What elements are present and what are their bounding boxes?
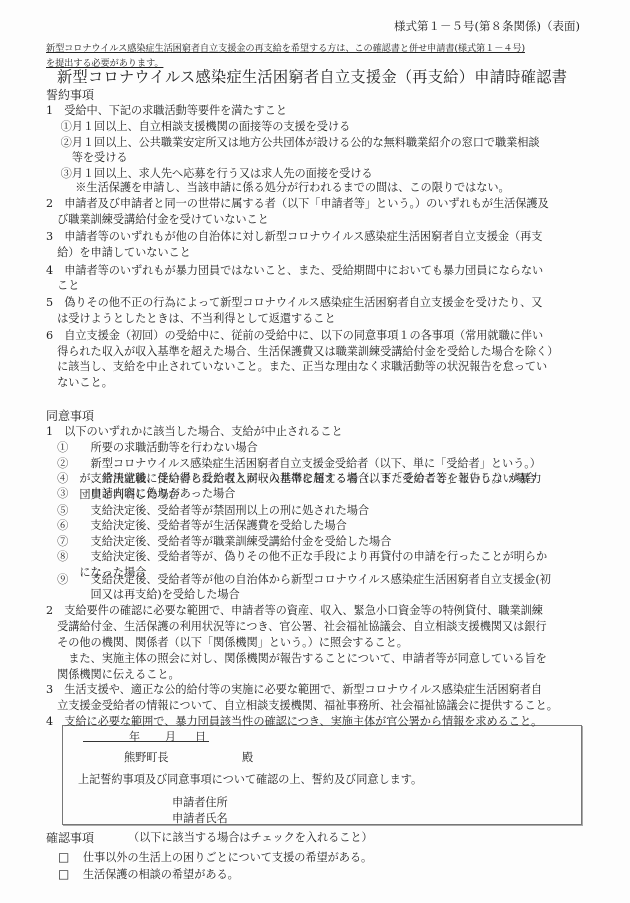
pledge-line: び職業訓練受講給付金を受けていないこと [46, 211, 269, 227]
consent-line: 受講給付金、生活保護の利用状況等につき、官公署、社会福祉協議会、自立相談支援機関… [46, 618, 547, 634]
addressee: 熊野町長 [124, 749, 169, 765]
consent-line: ⑥ 支給決定後、受給者等が生活保護費を受給した場合 [46, 517, 347, 533]
checkbox-label: 生活保護の相談の希望がある。 [83, 868, 239, 881]
checkbox-icon[interactable]: □ [58, 867, 69, 881]
pledge-heading: 誓約事項 [46, 86, 94, 103]
consent-line: ⑦ 支給決定後、受給者等が職業訓練受講給付金を受給した場合 [46, 533, 391, 549]
notice-line-1: 新型コロナウイルス感染症生活困窮者自立支援金の再支給を希望する方は、この確認書と… [46, 40, 525, 54]
pledge-line: 2 申請者及び申請者と同一の世帯に属する者（以下「申請者等」という。）のいずれも… [46, 195, 549, 211]
pledge-line: 6 自立支援金（初回）の受給中に、従前の受給中に、以下の同意事項１の各事項（常用… [46, 327, 543, 343]
consent-line: 1 以下のいずれかに該当した場合、支給が中止されること [46, 423, 343, 439]
agreement-statement: 上記誓約事項及び同意事項について確認の上、誓約及び同意します。 [78, 771, 422, 787]
consent-line: 団員と判明した場合 [46, 486, 180, 502]
consent-line: ⑧ 支給決定後、受給者等が、偽りその他不正な手段により再貸付の申請を行ったことが… [46, 548, 547, 564]
applicant-address-label: 申請者住所 [172, 794, 228, 810]
pledge-line: 給）を申請していないこと [46, 244, 191, 260]
consent-line: また、実施主体の照会に対し、関係機関が報告することについて、申請者等が同意してい… [46, 650, 547, 666]
consent-heading: 同意事項 [46, 407, 94, 424]
consent-line: 立支援金受給者の情報について、自立相談支援機関、福祉事務所、社会福祉協議会に提供… [46, 697, 558, 713]
pledge-line: ②月１回以上、公共職業安定所又は地方公共団体が設ける公的な無料職業紹介の窓口で職… [46, 134, 540, 150]
date-year-label: 年 [129, 728, 140, 744]
checkbox-item-welfare[interactable]: □ 生活保護の相談の希望がある。 [58, 866, 239, 882]
checkbox-label: 仕事以外の生活上の困りごとについて支援の希望がある。 [83, 851, 372, 864]
checkbox-item-support[interactable]: □ 仕事以外の生活上の困りごとについて支援の希望がある。 [58, 849, 372, 865]
consent-line: ⑨ 支給決定後、受給者等が他の自治体から新型コロナウイルス感染症生活困窮者自立支… [46, 571, 551, 587]
pledge-line: 得られた収入が収入基準を超えた場合、生活保護費又は職業訓練受講給付金を受給した場… [46, 343, 558, 359]
pledge-line: 5 偽りその他不正の行為によって新型コロナウイルス感染症生活困窮者自立支援金を受… [46, 294, 542, 310]
pledge-line: に該当し、支給を中止されていないこと。また、正当な理由なく求職活動等の状況報告を… [46, 358, 547, 374]
pledge-line: 1 受給中、下記の求職活動等要件を満たすこと [46, 102, 287, 118]
date-day-label: 日 [195, 728, 206, 744]
consent-line: ④ 支給決定後、受給者と受給者と同一の世帯に属する者（以下「受給者等」という。）… [46, 470, 542, 486]
pledge-line: ①月１回以上、自立相談支援機関の面接等の支援を受ける [46, 118, 350, 134]
consent-line: ② 新型コロナウイルス感染症生活困窮者自立支援金受給者（以下、単に「受給者」とい… [46, 455, 541, 471]
consent-line: 3 生活支援や、適正な公的給付等の実施に必要な範囲で、新型コロナウイルス感染症生… [46, 681, 542, 697]
consent-line: 関係機関に伝えること。 [46, 666, 180, 682]
pledge-line: 3 申請者等のいずれもが他の自治体に対し新型コロナウイルス感染症生活困窮者自立支… [46, 228, 542, 244]
pledge-line: ないこと。 [46, 374, 113, 390]
date-field[interactable]: 年 月 日 [83, 728, 209, 742]
confirmation-instruction: （以下に該当する場合はチェックを入れること） [128, 829, 373, 845]
honorific: 殿 [242, 749, 253, 765]
consent-line: その他の機関、関係者（以下「関係機関」という。）に照会すること。 [46, 634, 408, 650]
pledge-line: は受けようとしたときは、不当利得として返還すること [46, 310, 336, 326]
pledge-line: こと [46, 277, 79, 293]
pledge-line: 4 申請者等のいずれもが暴力団員ではないこと、また、受給期間中においても暴力団員… [46, 262, 543, 278]
confirmation-heading: 確認事項 [46, 829, 94, 846]
consent-line: 4 支給に必要な範囲で、暴力団員該当性の確認につき、実施主体が官公署から情報を求… [46, 713, 542, 729]
checkbox-icon[interactable]: □ [58, 850, 69, 864]
form-number: 様式第１－５号(第８条関係)（表面) [394, 18, 580, 34]
pledge-line: 等を受ける [46, 149, 127, 165]
confirmation-form-page: 様式第１－５号(第８条関係)（表面) 新型コロナウイルス感染症生活困窮者自立支援… [0, 0, 630, 903]
date-month-label: 月 [165, 728, 176, 744]
document-title: 新型コロナウイルス感染症生活困窮者自立支援金（再支給）申請時確認書 [57, 66, 567, 87]
consent-line: 回又は再支給)を受給した場合 [46, 586, 240, 602]
pledge-line: ※生活保護を申請し、当該申請に係る処分が行われるまでの間は、この限りではない。 [46, 179, 510, 195]
consent-line: ⑤ 支給決定後、受給者等が禁固刑以上の刑に処された場合 [46, 502, 369, 518]
consent-line: ① 所要の求職活動等を行わない場合 [46, 439, 258, 455]
consent-line: 2 支給要件の確認に必要な範囲で、申請者等の資産、収入、緊急小口資金等の特例貸付… [46, 602, 543, 618]
applicant-name-label: 申請者氏名 [172, 810, 228, 826]
